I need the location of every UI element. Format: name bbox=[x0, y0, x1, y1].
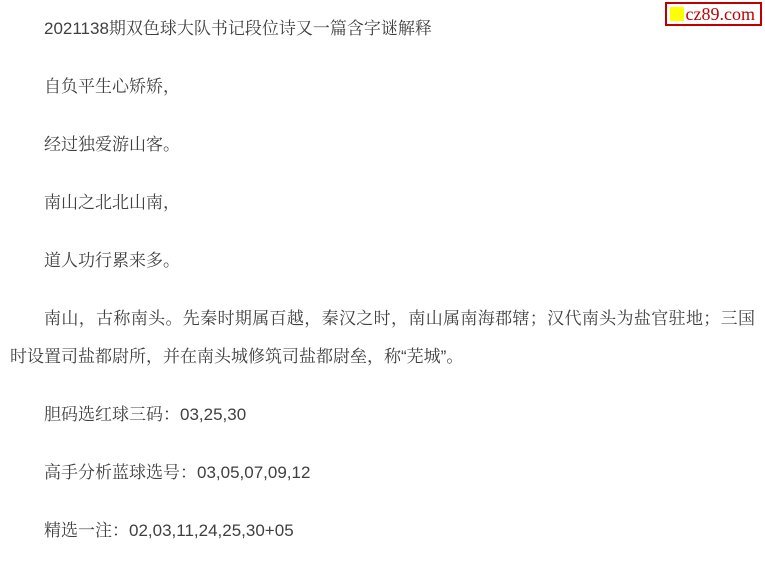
logo-text: cz89.com bbox=[686, 5, 755, 23]
red-balls-pick-line: 胆码选红球三码：03,25,30 bbox=[10, 396, 755, 434]
poem-line-1: 自负平生心矫矫， bbox=[10, 68, 755, 106]
blue-balls-pick-line: 高手分析蓝球选号：03,05,07,09,12 bbox=[10, 454, 755, 492]
yellow-square-icon bbox=[670, 7, 684, 21]
poem-line-4: 道人功行累来多。 bbox=[10, 242, 755, 280]
selected-bet-line: 精选一注：02,03,11,24,25,30+05 bbox=[10, 512, 755, 550]
site-logo[interactable]: cz89.com bbox=[665, 2, 762, 26]
article: 2021138期双色球大队书记段位诗又一篇含字谜解释 自负平生心矫矫， 经过独爱… bbox=[0, 10, 765, 550]
poem-line-3: 南山之北北山南， bbox=[10, 184, 755, 222]
explanation-paragraph: 南山，古称南头。先秦时期属百越，秦汉之时，南山属南海郡辖；汉代南头为盐官驻地；三… bbox=[10, 300, 755, 376]
article-title: 2021138期双色球大队书记段位诗又一篇含字谜解释 bbox=[10, 10, 755, 48]
poem-line-2: 经过独爱游山客。 bbox=[10, 126, 755, 164]
